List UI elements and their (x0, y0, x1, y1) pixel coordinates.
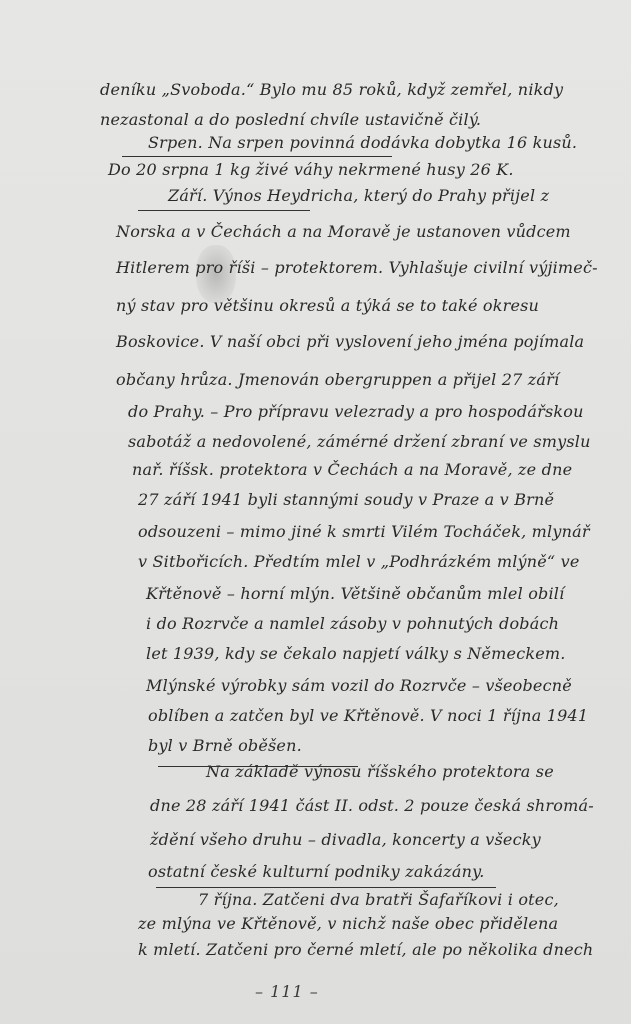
text-line: občany hrůza. Jmenován obergruppen a při… (116, 370, 559, 389)
text-line: Křtěnově – horní mlýn. Většině občanům m… (146, 584, 564, 603)
text-line: Mlýnské výrobky sám vozil do Rozrvče – v… (146, 676, 572, 695)
text-line: Norska a v Čechách a na Moravě je ustano… (116, 222, 571, 241)
underline (156, 887, 496, 888)
text-line: Hitlerem pro říši – protektorem. Vyhlašu… (116, 258, 598, 277)
text-line: do Prahy. – Pro přípravu velezrady a pro… (128, 402, 584, 421)
underline (138, 210, 310, 211)
text-line: byl v Brně oběšen. (148, 736, 302, 755)
handwritten-chronicle-page: deníku „Svoboda.“ Bylo mu 85 roků, když … (0, 0, 631, 1024)
text-line: k mletí. Zatčeni pro černé mletí, ale po… (138, 940, 593, 959)
text-line: i do Rozrvče a namlel zásoby v pohnutých… (146, 614, 559, 633)
text-line: ný stav pro většinu okresů a týká se to … (116, 296, 539, 315)
text-line: ostatní české kulturní podniky zakázány. (148, 862, 484, 881)
text-line: Na základě výnosu říšského protektora se (206, 762, 554, 781)
text-line: 27 září 1941 byli stannými soudy v Praze… (138, 490, 554, 509)
text-line: Září. Výnos Heydricha, který do Prahy př… (168, 186, 549, 205)
text-line: let 1939, kdy se čekalo napjetí války s … (146, 644, 566, 663)
text-line: deníku „Svoboda.“ Bylo mu 85 roků, když … (100, 80, 563, 99)
underline (122, 156, 392, 157)
text-line: nař. říšsk. protektora v Čechách a na Mo… (132, 460, 572, 479)
text-line: sabotáž a nedovolené, zámérné držení zbr… (128, 432, 591, 451)
text-line: Do 20 srpna 1 kg živé váhy nekrmené husy… (108, 160, 514, 179)
text-line: ze mlýna ve Křtěnově, v nichž naše obec … (138, 914, 558, 933)
text-line: dne 28 září 1941 část II. odst. 2 pouze … (150, 796, 594, 815)
text-line: nezastonal a do poslední chvíle ustavičn… (100, 110, 481, 129)
text-line: v Sitbořicích. Předtím mlel v „Podhrázké… (138, 552, 580, 571)
text-line: 7 října. Zatčeni dva bratři Šafaříkovi i… (198, 890, 559, 909)
text-line: oblíben a zatčen byl ve Křtěnově. V noci… (148, 706, 588, 725)
text-line: ždění všeho druhu – divadla, koncerty a … (150, 830, 541, 849)
text-line: Srpen. Na srpen povinná dodávka dobytka … (148, 133, 577, 152)
text-line: odsouzeni – mimo jiné k smrti Vilém Toch… (138, 522, 590, 541)
page-number: – 111 – (255, 982, 319, 1001)
underline (158, 766, 358, 767)
text-line: Boskovice. V naší obci při vyslovení jeh… (116, 332, 584, 351)
